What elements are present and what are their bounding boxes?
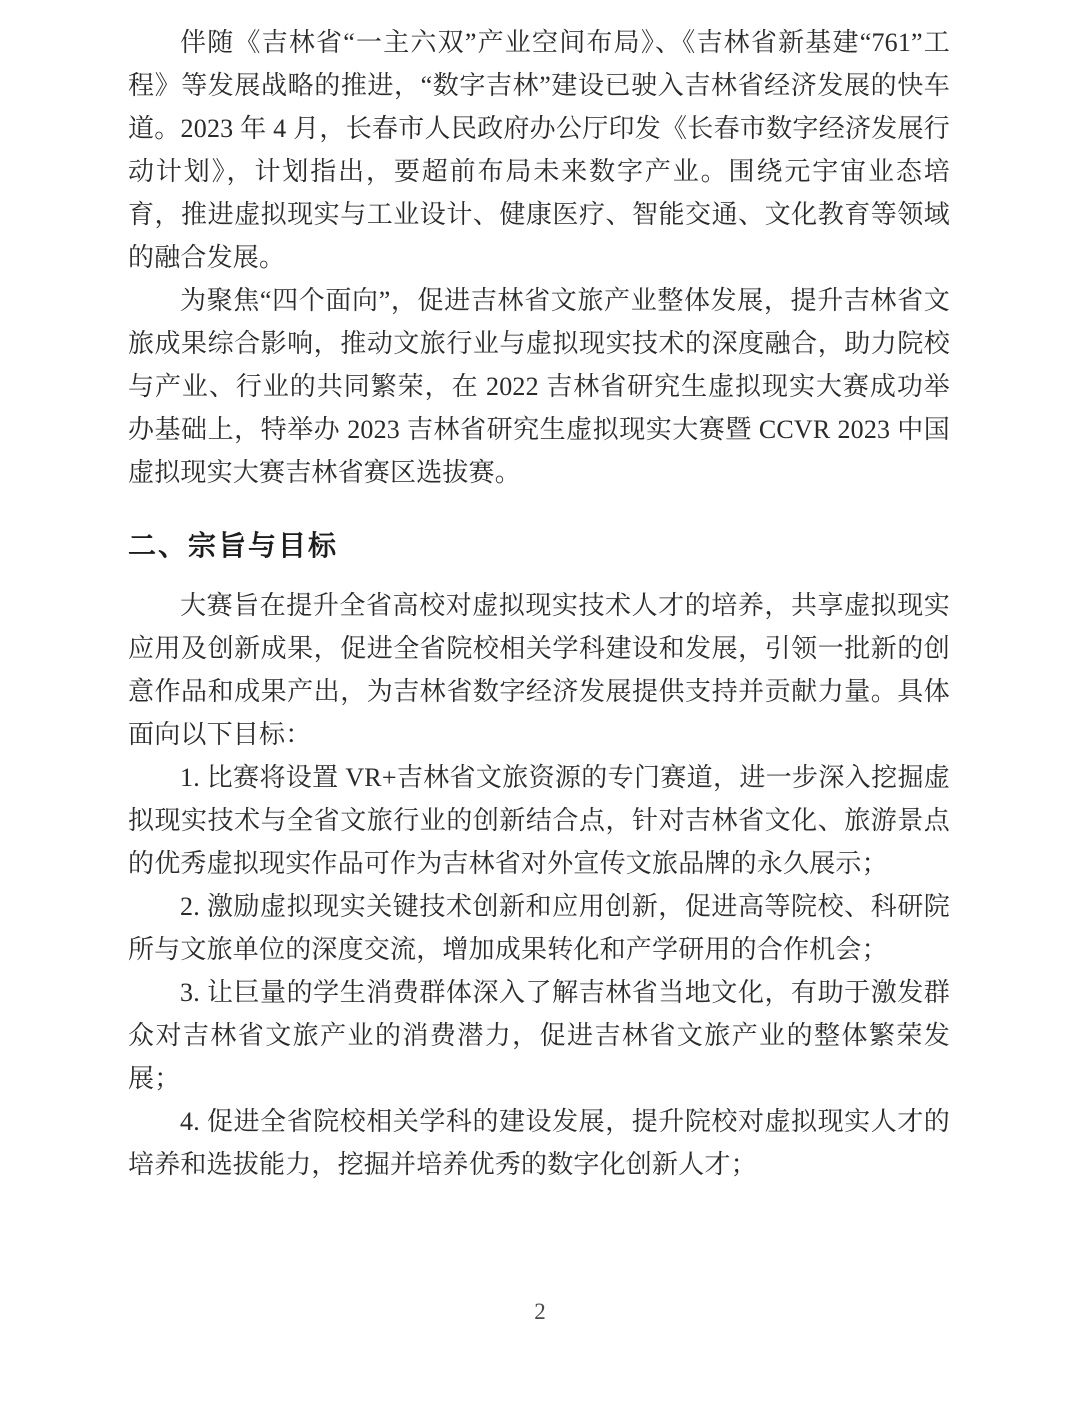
goal-item-1: 1. 比赛将设置 VR+吉林省文旅资源的专门赛道，进一步深入挖掘虚拟现实技术与全… [128,756,950,885]
intro-paragraph-1: 伴随《吉林省“一主六双”产业空间布局》、《吉林省新基建“761”工程》等发展战略… [128,21,950,279]
goal-item-4: 4. 促进全省院校相关学科的建设发展，提升院校对虚拟现实人才的培养和选拔能力，挖… [128,1100,950,1186]
purpose-paragraph: 大赛旨在提升全省高校对虚拟现实技术人才的培养，共享虚拟现实应用及创新成果，促进全… [128,584,950,756]
document-page: 伴随《吉林省“一主六双”产业空间布局》、《吉林省新基建“761”工程》等发展战略… [0,0,1080,1411]
intro-paragraph-2: 为聚焦“四个面向”，促进吉林省文旅产业整体发展，提升吉林省文旅成果综合影响，推动… [128,279,950,494]
goal-item-3: 3. 让巨量的学生消费群体深入了解吉林省当地文化，有助于激发群众对吉林省文旅产业… [128,971,950,1100]
page-number: 2 [0,1298,1080,1326]
document-content: 伴随《吉林省“一主六双”产业空间布局》、《吉林省新基建“761”工程》等发展战略… [128,21,950,1186]
goal-item-2: 2. 激励虚拟现实关键技术创新和应用创新，促进高等院校、科研院所与文旅单位的深度… [128,885,950,971]
section-heading-purpose-and-goals: 二、宗旨与目标 [128,524,950,567]
